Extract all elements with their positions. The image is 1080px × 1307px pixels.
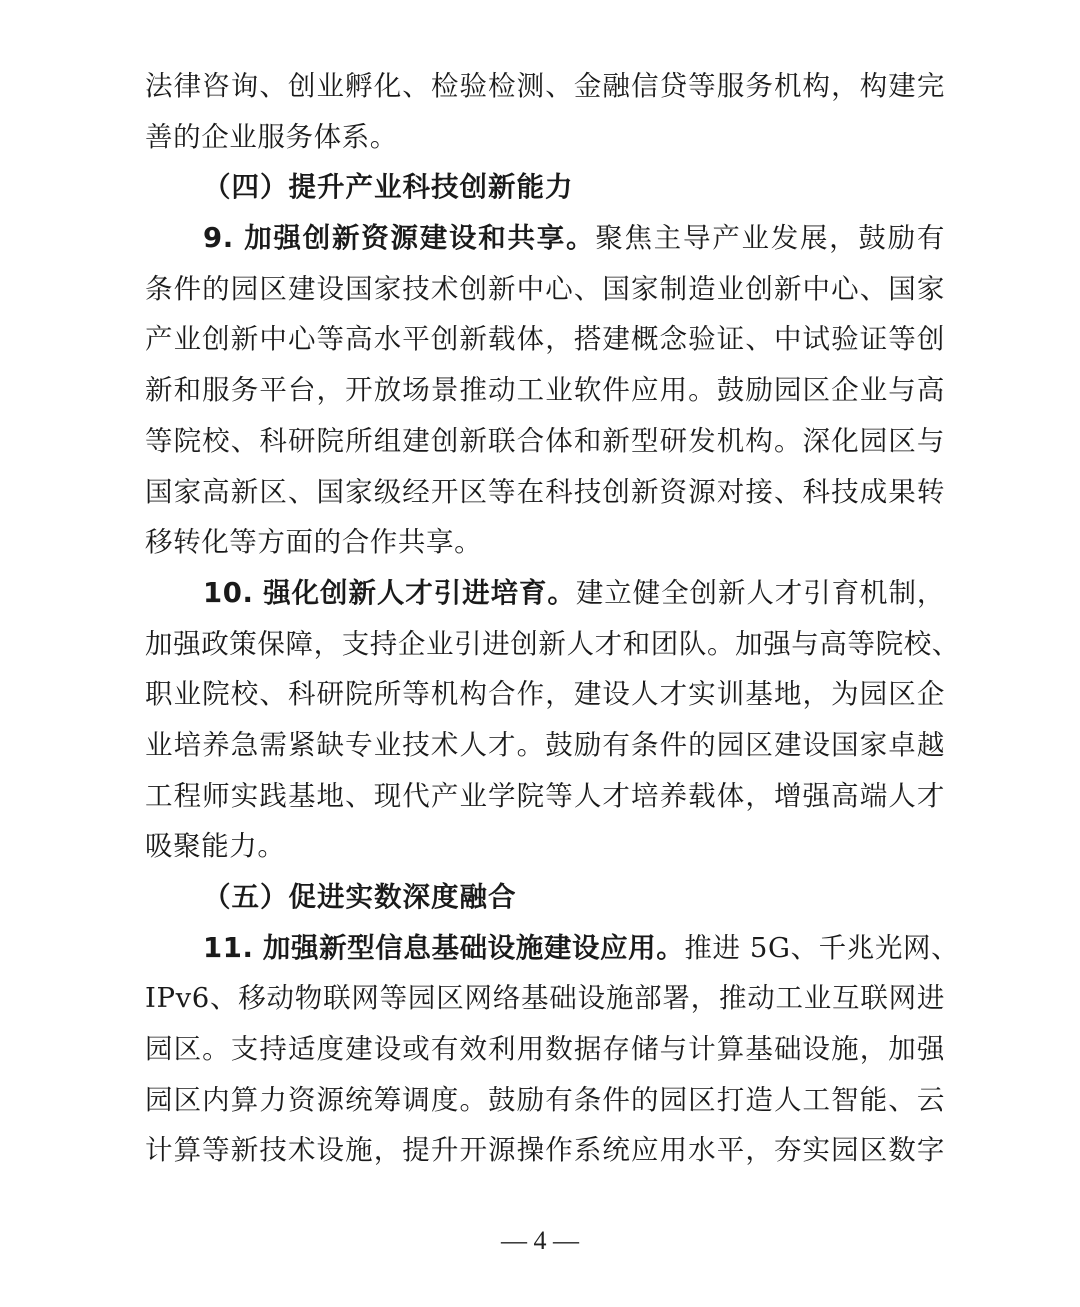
item-10-title: 强化创新人才引进培育。 xyxy=(263,577,576,609)
body-text-line: 职业院校、科研院所等机构合作，建设人才实训基地，为园区企 xyxy=(145,669,945,720)
body-text-line: 等院校、科研院所组建创新联合体和新型研发机构。深化园区与 xyxy=(145,416,945,467)
body-text-line: 移转化等方面的合作共享。 xyxy=(145,517,945,568)
item-9-number: 9. xyxy=(203,222,234,254)
body-text-line: 国家高新区、国家级经开区等在科技创新资源对接、科技成果转 xyxy=(145,467,945,518)
body-text-line: 加强政策保障，支持企业引进创新人才和团队。加强与高等院校、 xyxy=(145,619,945,670)
body-text-line: 工程师实践基地、现代产业学院等人才培养载体，增强高端人才 xyxy=(145,771,945,822)
body-text-line: 法律咨询、创业孵化、检验检测、金融信贷等服务机构，构建完 xyxy=(145,61,945,112)
item-10-number: 10. xyxy=(203,577,254,609)
body-text-line: 新和服务平台，开放场景推动工业软件应用。鼓励园区企业与高 xyxy=(145,365,945,416)
item-11-first-line: 11. 加强新型信息基础设施建设应用。推进 5G、千兆光网、 xyxy=(145,923,945,974)
body-text-line: 园区内算力资源统筹调度。鼓励有条件的园区打造人工智能、云 xyxy=(145,1075,945,1126)
document-page: 法律咨询、创业孵化、检验检测、金融信贷等服务机构，构建完 善的企业服务体系。 （… xyxy=(145,61,945,1176)
page-number: — 4 — xyxy=(0,1226,1080,1256)
body-text-line: 业培养急需紧缺专业技术人才。鼓励有条件的园区建设国家卓越 xyxy=(145,720,945,771)
item-9-first-line: 9. 加强创新资源建设和共享。聚焦主导产业发展，鼓励有 xyxy=(145,213,945,264)
item-11-text: 推进 5G、千兆光网、 xyxy=(684,932,959,964)
body-text-line: IPv6、移动物联网等园区网络基础设施部署，推动工业互联网进 xyxy=(145,973,945,1024)
body-text-line: 善的企业服务体系。 xyxy=(145,112,945,163)
item-11-number: 11. xyxy=(203,932,254,964)
item-9-title: 加强创新资源建设和共享。 xyxy=(244,222,595,254)
body-text-line: 吸聚能力。 xyxy=(145,821,945,872)
item-10-text: 建立健全创新人才引育机制， xyxy=(576,577,945,609)
body-text-line: 计算等新技术设施，提升开源操作系统应用水平，夯实园区数字 xyxy=(145,1125,945,1176)
body-text-line: 园区。支持适度建设或有效利用数据存储与计算基础设施，加强 xyxy=(145,1024,945,1075)
item-10-first-line: 10. 强化创新人才引进培育。建立健全创新人才引育机制， xyxy=(145,568,945,619)
section-heading-4: （四）提升产业科技创新能力 xyxy=(145,162,945,213)
body-text-line: 条件的园区建设国家技术创新中心、国家制造业创新中心、国家 xyxy=(145,264,945,315)
body-text-line: 产业创新中心等高水平创新载体，搭建概念验证、中试验证等创 xyxy=(145,314,945,365)
section-heading-5: （五）促进实数深度融合 xyxy=(145,872,945,923)
item-9-text: 聚焦主导产业发展，鼓励有 xyxy=(595,222,945,254)
item-11-title: 加强新型信息基础设施建设应用。 xyxy=(263,932,685,964)
